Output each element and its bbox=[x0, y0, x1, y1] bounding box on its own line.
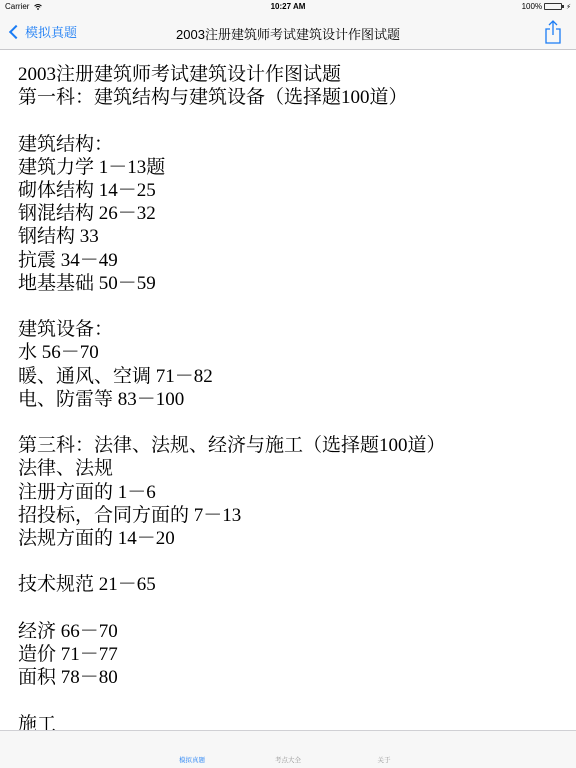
text-line: 面积 78－80 bbox=[18, 666, 558, 689]
text-line: 2003注册建筑师考试建筑设计作图试题 bbox=[18, 63, 558, 86]
status-bar: Carrier 10:27 AM 100% ⚡ bbox=[0, 0, 576, 14]
text-line: 建筑力学 1－13题 bbox=[18, 156, 558, 179]
clock: 10:27 AM bbox=[0, 2, 576, 11]
blank-line bbox=[18, 109, 558, 132]
blank-line bbox=[18, 689, 558, 712]
blank-line bbox=[18, 550, 558, 573]
text-line: 水 56－70 bbox=[18, 341, 558, 364]
share-button[interactable] bbox=[544, 20, 562, 44]
blank-line bbox=[18, 597, 558, 620]
text-line: 电、防雷等 83－100 bbox=[18, 388, 558, 411]
share-icon bbox=[544, 20, 562, 44]
navigation-bar: 模拟真题 2003注册建筑师考试建筑设计作图试题 bbox=[0, 14, 576, 50]
text-line: 法律、法规 bbox=[18, 457, 558, 480]
charging-bolt-icon: ⚡ bbox=[566, 3, 571, 11]
tab-bar: 模拟真题 考点大全 关于 bbox=[0, 730, 576, 768]
battery-indicator: 100% ⚡ bbox=[522, 2, 571, 11]
text-line: 造价 71－77 bbox=[18, 643, 558, 666]
text-line: 招投标，合同方面的 7－13 bbox=[18, 504, 558, 527]
battery-percent: 100% bbox=[522, 2, 542, 11]
tab-about[interactable]: 关于 bbox=[336, 755, 432, 768]
text-line: 地基基础 50－59 bbox=[18, 272, 558, 295]
page-title: 2003注册建筑师考试建筑设计作图试题 bbox=[0, 24, 576, 43]
article-content[interactable]: 2003注册建筑师考试建筑设计作图试题第一科：建筑结构与建筑设备（选择题100道… bbox=[0, 51, 576, 730]
text-line: 第一科：建筑结构与建筑设备（选择题100道） bbox=[18, 86, 558, 109]
blank-line bbox=[18, 295, 558, 318]
text-line: 第三科：法律、法规、经济与施工（选择题100道） bbox=[18, 434, 558, 457]
battery-charging-icon bbox=[544, 3, 562, 10]
tab-mock-exams[interactable]: 模拟真题 bbox=[144, 755, 240, 768]
tab-key-points[interactable]: 考点大全 bbox=[240, 755, 336, 768]
blank-line bbox=[18, 411, 558, 434]
text-line: 抗震 34－49 bbox=[18, 249, 558, 272]
text-line: 技术规范 21－65 bbox=[18, 573, 558, 596]
text-line: 暖、通风、空调 71－82 bbox=[18, 365, 558, 388]
text-line: 注册方面的 1－6 bbox=[18, 481, 558, 504]
text-line: 经济 66－70 bbox=[18, 620, 558, 643]
text-line: 钢混结构 26－32 bbox=[18, 202, 558, 225]
text-line: 砌体结构 14－25 bbox=[18, 179, 558, 202]
text-line: 建筑设备： bbox=[18, 318, 558, 341]
text-line: 建筑结构： bbox=[18, 133, 558, 156]
text-line: 施工 bbox=[18, 713, 558, 730]
text-line: 法规方面的 14－20 bbox=[18, 527, 558, 550]
text-line: 钢结构 33 bbox=[18, 225, 558, 248]
